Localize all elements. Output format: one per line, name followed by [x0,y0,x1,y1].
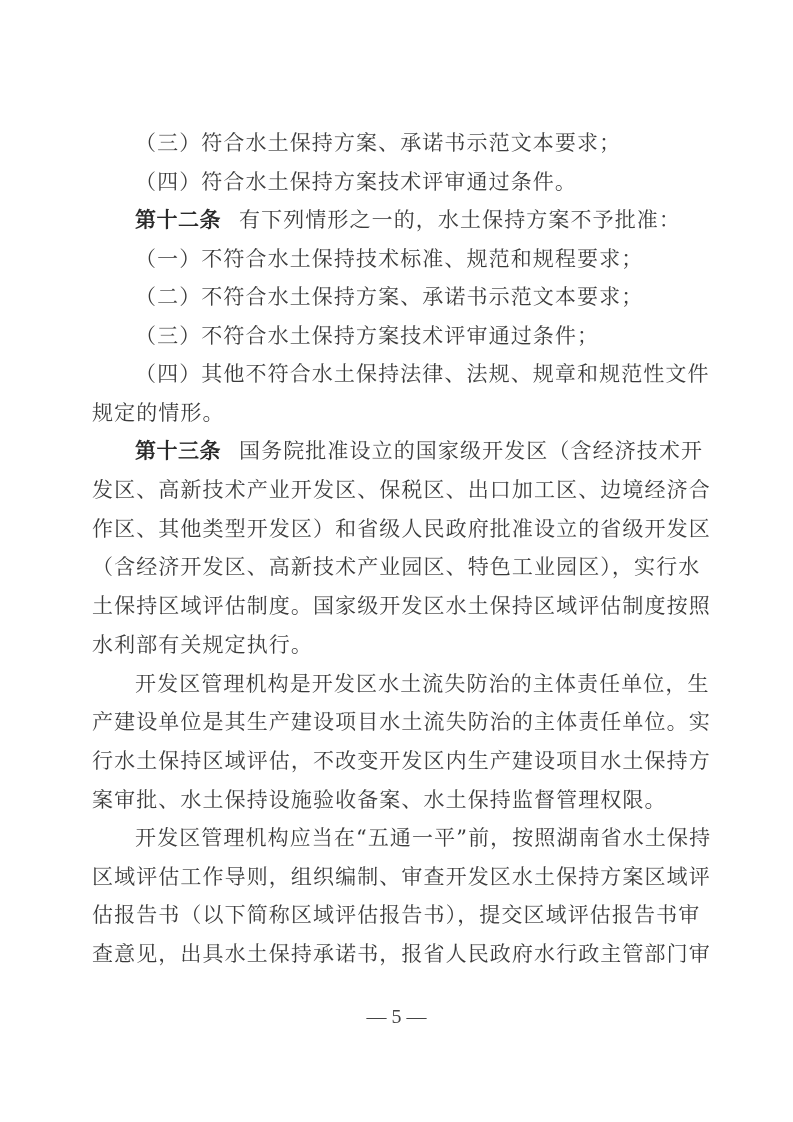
line-text: （四）符合水土保持方案技术评审通过条件。 [135,170,577,194]
line-text: 国务院批准设立的国家级开发区（含经济技术开 [239,439,703,463]
text-line: 案审批、水土保持设施验收备案、水土保持监督管理权限。 [92,785,692,815]
line-text: 案审批、水土保持设施验收备案、水土保持监督管理权限。 [92,788,667,812]
text-line: 估报告书（以下简称区域评估报告书），提交区域评估报告书审 [92,900,690,930]
page-number: — 5 — [0,1006,793,1029]
line-text: （二）不符合水土保持方案、承诺书示范文本要求； [135,285,643,309]
article-number: 第十二条 [135,208,221,232]
text-line: （四）其他不符合水土保持法律、法规、规章和规范性文件 [135,359,690,389]
text-line: 作区、其他类型开发区）和省级人民政府批准设立的省级开发区 [92,514,690,544]
text-line: 行水土保持区域评估，不改变开发区内生产建设项目水土保持方 [92,746,690,776]
text-line: （三）不符合水土保持方案技术评审通过条件； [135,321,735,351]
document-page: （三）符合水土保持方案、承诺书示范文本要求； （四）符合水土保持方案技术评审通过… [0,0,793,1122]
article-heading-line: 第十三条国务院批准设立的国家级开发区（含经济技术开 [135,436,735,466]
text-line: （二）不符合水土保持方案、承诺书示范文本要求； [135,282,735,312]
text-line: 产建设单位是其生产建设项目水土流失防治的主体责任单位。实 [92,707,690,737]
text-line: （四）符合水土保持方案技术评审通过条件。 [135,167,735,197]
text-line: （三）符合水土保持方案、承诺书示范文本要求； [135,128,735,158]
text-line: 开发区管理机构是开发区水土流失防治的主体责任单位，生 [135,669,690,699]
text-line: 发区、高新技术产业开发区、保税区、出口加工区、边境经济合 [92,475,690,505]
line-text: 水利部有关规定执行。 [92,633,313,657]
text-line: （一）不符合水土保持技术标准、规范和规程要求； [135,244,735,274]
article-heading-line: 第十二条有下列情形之一的，水土保持方案不予批准： [135,205,735,235]
article-number: 第十三条 [135,439,221,463]
text-line: 规定的情形。 [92,398,692,428]
text-line: 区域评估工作导则，组织编制、审查开发区水土保持方案区域评 [92,862,690,892]
text-line: 水利部有关规定执行。 [92,630,692,660]
line-text: 规定的情形。 [92,401,225,425]
text-line: （含经济开发区、高新技术产业园区、特色工业园区），实行水 [92,552,690,582]
line-text: 有下列情形之一的，水土保持方案不予批准： [239,208,681,232]
text-line: 查意见，出具水土保持承诺书，报省人民政府水行政主管部门审 [92,939,690,969]
text-line: 土保持区域评估制度。国家级开发区水土保持区域评估制度按照 [92,591,690,621]
text-line: 开发区管理机构应当在“五通一平”前，按照湖南省水土保持 [135,823,690,853]
line-text: （三）符合水土保持方案、承诺书示范文本要求； [135,131,621,155]
line-text: （一）不符合水土保持技术标准、规范和规程要求； [135,247,643,271]
line-text: （三）不符合水土保持方案技术评审通过条件； [135,324,599,348]
